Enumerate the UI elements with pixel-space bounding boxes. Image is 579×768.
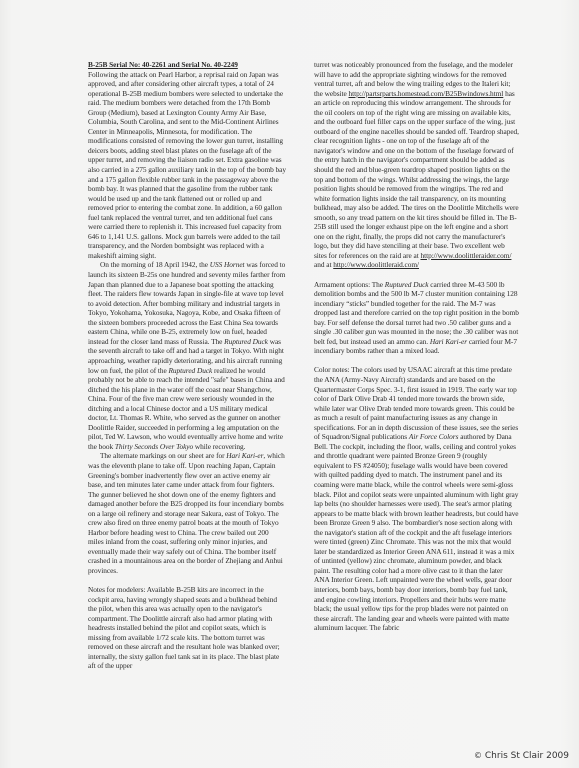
section-title: B-25B Serial No: 40-2261 and Serial No. … [88,60,286,70]
scanned-page: B-25B Serial No: 40-2261 and Serial No. … [0,0,579,768]
doolittleraid-link[interactable]: http://www.doolittleraid.com/ [333,260,419,269]
color-notes-paragraph: Color notes: The colors used by USAAC ai… [314,365,519,632]
copyright-icon: © [474,751,482,760]
aircraft-name: Hari Kari-er [226,451,263,460]
aircraft-name: Hari Kari-er [430,337,467,346]
windows-article-link[interactable]: http://partsrparts.homestead.com/B25Bwin… [348,89,503,98]
intro-paragraph: Following the attack on Pearl Harbor, a … [88,70,286,261]
aircraft-name: Ruptured Duck [224,337,268,346]
ship-name: USS Hornet [210,260,245,269]
armament-paragraph: Armament options: The Ruptured Duck carr… [314,280,519,356]
right-column: turret was noticeably pronounced from th… [314,60,519,633]
aircraft-name: Ruptured Duck [385,280,429,289]
left-column: B-25B Serial No: 40-2261 and Serial No. … [88,60,286,671]
modeler-notes-paragraph: Notes for modelers: Available B-25B kits… [88,585,286,671]
copyright-watermark: © Chris St Clair 2009 [474,751,569,761]
book-title: Thirty Seconds Over Tokyo [115,442,193,451]
publication-title: Air Force Colors [409,432,459,441]
aircraft-name: Ruptured Duck [169,366,213,375]
alternate-markings-paragraph: The alternate markings on our sheet are … [88,451,286,575]
doolittleraider-link[interactable]: http://www.doolittleraider.com/ [420,251,511,260]
copyright-credit: Chris St Clair 2009 [485,751,569,761]
raid-paragraph: On the morning of 18 April 1942, the USS… [88,260,286,451]
page-title: B-25B Serial No: 40-2261 and Serial No. … [88,60,238,69]
modeler-notes-continued: turret was noticeably pronounced from th… [314,60,519,270]
